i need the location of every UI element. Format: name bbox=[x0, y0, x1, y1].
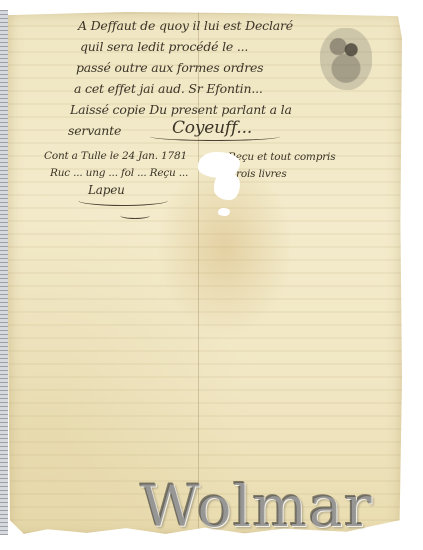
right-note-line-2: trois livres bbox=[232, 168, 287, 180]
margin-note-line-1: Cont a Tulle le 24 Jan. 1781 bbox=[44, 150, 187, 162]
margin-note-line-2: Ruc ... ung ... fol ... Reçu ... bbox=[50, 167, 188, 179]
signature-flourish bbox=[150, 132, 280, 141]
ink-stamp bbox=[320, 28, 372, 90]
main-text-line-5: Laissé copie Du present parlant a la bbox=[70, 102, 292, 117]
main-text-line-4: a cet effet jai aud. Sr Efontin... bbox=[74, 81, 263, 96]
main-text-line-3: passé outre aux formes ordres bbox=[76, 60, 263, 75]
right-note-line-1: Reçu et tout compris bbox=[228, 151, 335, 163]
main-text-line-6: servante bbox=[68, 123, 121, 138]
paper-hole-small bbox=[218, 208, 230, 216]
margin-signature-flourish bbox=[78, 195, 168, 206]
watermark-text: Wolmar bbox=[140, 472, 372, 540]
scan-ruler bbox=[0, 10, 8, 535]
paper-hole bbox=[214, 172, 240, 200]
main-text-line-1: A Deffaut de quoy il lui est Declaré bbox=[78, 18, 293, 33]
small-flourish bbox=[120, 212, 150, 219]
main-text-line-2: quil sera ledit procédé le ... bbox=[80, 39, 248, 54]
